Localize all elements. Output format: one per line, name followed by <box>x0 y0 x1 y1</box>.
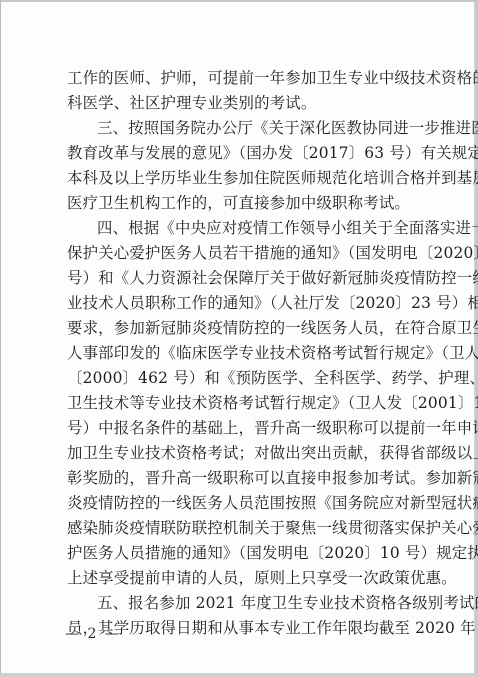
text-line: 五、报名参加 2021 年度卫生专业技术资格各级别考试的人 <box>67 591 419 616</box>
text-line: 加卫生专业技术资格考试；对做出突出贡献，获得省部级以上表 <box>67 441 419 466</box>
text-line: 科医学、社区护理专业类别的考试。 <box>67 91 419 116</box>
text-line: 号）和《人力资源社会保障厅关于做好新冠肺炎疫情防控一线专 <box>67 266 419 291</box>
text-line: 人事部印发的《临床医学专业技术资格考试暂行规定》（卫人发 <box>67 341 419 366</box>
text-line: 感染肺炎疫情联防联控机制关于聚焦一线贯彻落实保护关心爱 <box>67 516 419 541</box>
page-frame-bottom <box>0 673 478 677</box>
document-body: 工作的医师、护师，可提前一年参加卫生专业中级技术资格的全 科医学、社区护理专业类… <box>67 66 419 641</box>
text-line: 三、按照国务院办公厅《关于深化医教协同进一步推进医学 <box>67 116 419 141</box>
text-line: 护医务人员措施的通知》（国发明电〔2020〕10 号）规定执行。 <box>67 541 419 566</box>
text-line: 教育改革与发展的意见》（国办发〔2017〕63 号）有关规定， <box>67 141 419 166</box>
text-line: 医疗卫生机构工作的，可直接参加中级职称考试。 <box>67 191 419 216</box>
text-line: 保护关心爱护医务人员若干措施的通知》（国发明电〔2020〕5 <box>67 241 419 266</box>
text-line: 要求，参加新冠肺炎疫情防控的一线医务人员，在符合原卫生部、 <box>67 316 419 341</box>
text-line: 本科及以上学历毕业生参加住院医师规范化培训合格并到基层 <box>67 166 419 191</box>
text-line: 炎疫情防控的一线医务人员范围按照《国务院应对新型冠状病毒 <box>67 491 419 516</box>
text-line: 四、根据《中央应对疫情工作领导小组关于全面落实进一步 <box>67 216 419 241</box>
text-line: 号）中报名条件的基础上，晋升高一级职称可以提前一年申请参 <box>67 416 419 441</box>
text-line: 业技术人员职称工作的通知》（人社厅发〔2020〕23 号）相关 <box>67 291 419 316</box>
text-line: 彰奖励的，晋升高一级职称可以直接申报参加考试。参加新冠肺 <box>67 466 419 491</box>
text-line: 上述享受提前申请的人员，原则上只享受一次政策优惠。 <box>67 566 419 591</box>
text-line: 卫生技术等专业技术资格考试暂行规定》（卫人发〔2001〕164 <box>67 391 419 416</box>
document-page: 工作的医师、护师，可提前一年参加卫生专业中级技术资格的全 科医学、社区护理专业类… <box>1 2 475 673</box>
text-line: 工作的医师、护师，可提前一年参加卫生专业中级技术资格的全 <box>67 66 419 91</box>
text-line: 〔2000〕462 号）和《预防医学、全科医学、药学、护理、其他 <box>67 366 419 391</box>
page-number: — 2 — <box>65 626 121 642</box>
